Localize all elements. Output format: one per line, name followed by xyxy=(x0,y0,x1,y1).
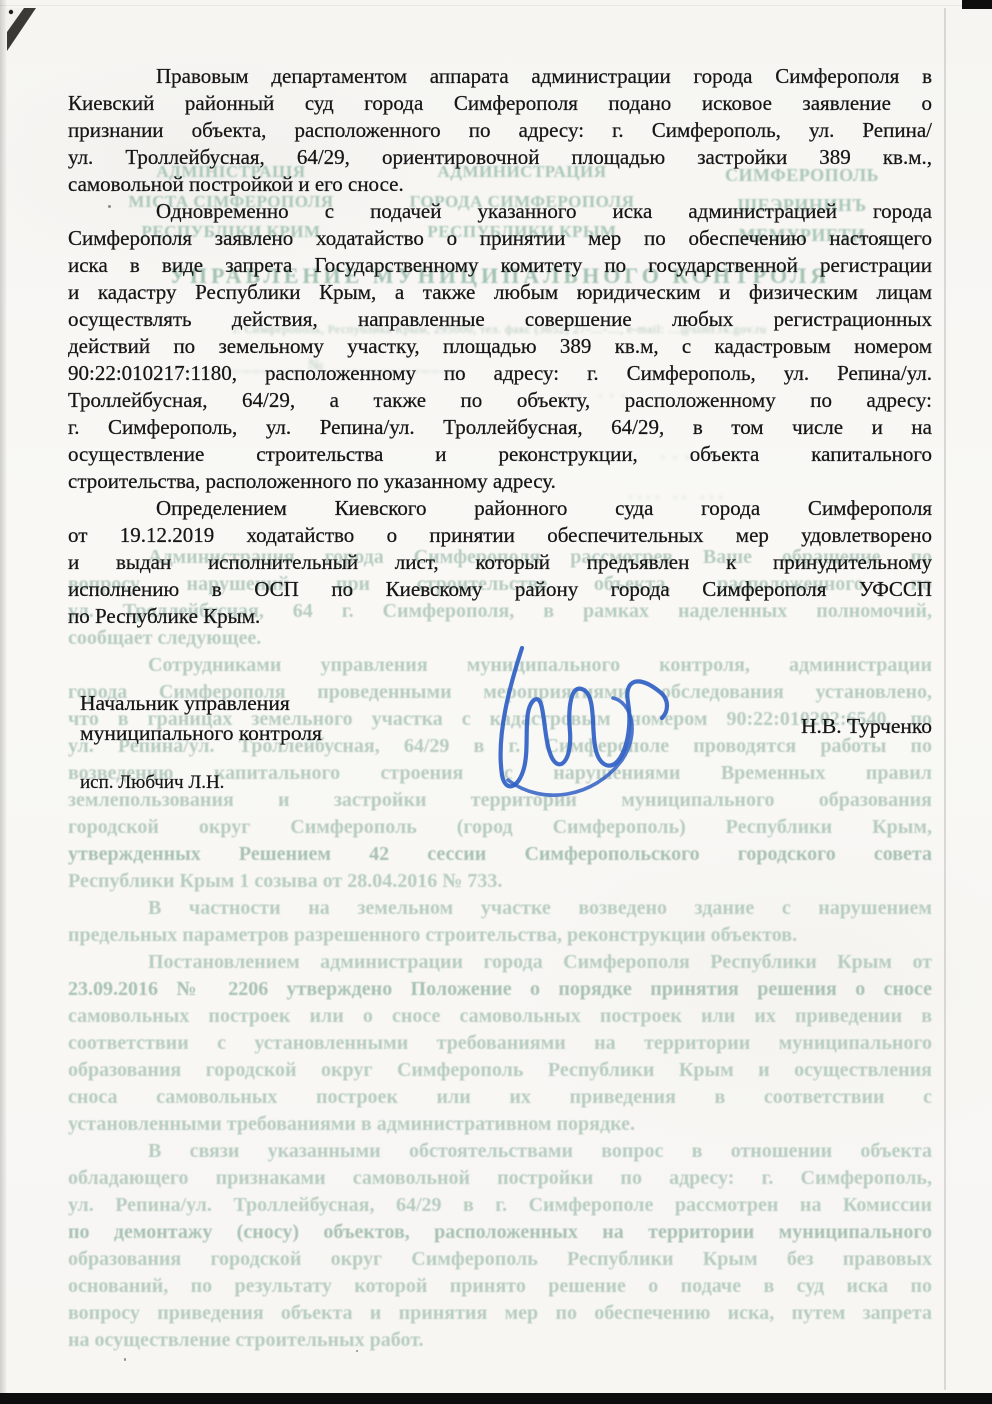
executor-note: исп. Любчич Л.Н. xyxy=(80,772,224,794)
handwritten-signature xyxy=(472,640,702,805)
text-line: В частности на земельном участке возведе… xyxy=(68,895,932,922)
folded-corner xyxy=(2,4,52,64)
signer-position-line-2: муниципального контроля xyxy=(80,718,322,748)
scan-left-edge xyxy=(0,0,7,1404)
text-line: городской округ Симферополь (город Симфе… xyxy=(68,814,932,841)
text-line: обладающего признаками самовольной постр… xyxy=(68,1165,932,1192)
paper-right-edge-line xyxy=(944,8,946,1390)
signer-position-title: Начальник управления муниципального конт… xyxy=(80,688,322,748)
signer-position-line-1: Начальник управления xyxy=(80,688,322,718)
scan-speck xyxy=(356,1350,358,1352)
text-line: исполнению в ОСП по Киевскому району гор… xyxy=(68,576,932,603)
text-line: Республики Крым 1 созыва от 28.04.2016 №… xyxy=(68,868,932,895)
text-line: от 19.12.2019 ходатайство о принятии обе… xyxy=(68,522,932,549)
text-line: по Республике Крым. xyxy=(68,603,932,630)
signer-name: Н.В. Турченко xyxy=(801,714,932,739)
text-line: образования городской округ Симферополь … xyxy=(68,1246,932,1273)
text-line: на осуществление строительных работ. xyxy=(68,1327,932,1354)
letter-body-text: Правовым департаментом аппарата админист… xyxy=(68,63,932,630)
text-line: строительства, расположенного по указанн… xyxy=(68,468,932,495)
text-line: сноса самовольных построек или их привед… xyxy=(68,1084,932,1111)
text-line: иска в виде запрета Государственному ком… xyxy=(68,252,932,279)
text-line: Симферополя заявлено ходатайство о приня… xyxy=(68,225,932,252)
text-line: признании объекта, расположенного по адр… xyxy=(68,117,932,144)
text-line: по демонтажу (сносу) объектов, расположе… xyxy=(68,1219,932,1246)
text-line: образования городской округ Симферополь … xyxy=(68,1057,932,1084)
text-line: Постановлением администрации города Симф… xyxy=(68,949,932,976)
text-line: и кадастру Республики Крым, а также любы… xyxy=(68,279,932,306)
text-line: оснований, по результату которой принято… xyxy=(68,1273,932,1300)
text-line: ул. Троллейбусная, 64/29, ориентировочно… xyxy=(68,144,932,171)
scan-top-right-edge xyxy=(962,0,992,9)
scan-bottom-edge xyxy=(0,1393,992,1404)
text-line: Определением Киевского районного суда го… xyxy=(68,495,932,522)
text-line: предельных параметров разрешенного строи… xyxy=(68,922,932,949)
text-line: осуществлять действия, направленные сове… xyxy=(68,306,932,333)
text-line: утвержденных Решением 42 сессии Симфероп… xyxy=(68,841,932,868)
text-line: самовольной постройкой и его сносе. xyxy=(68,171,932,198)
scan-speck xyxy=(124,1358,126,1361)
text-line: ул. Репина/ул. Троллейбусная, 64/29 в г.… xyxy=(68,1192,932,1219)
text-line: 23.09.2016 № 2206 утверждено Положение о… xyxy=(68,976,932,1003)
text-line: Одновременно с подачей указанного иска а… xyxy=(68,198,932,225)
text-line: самовольных построек или о сносе самовол… xyxy=(68,1003,932,1030)
text-line: вопросу приведения объекта и принятия ме… xyxy=(68,1300,932,1327)
text-line: Киевский районный суд города Симферополя… xyxy=(68,90,932,117)
scan-top-edge-line xyxy=(0,5,992,6)
text-line: г. Симферополь, ул. Репина/ул. Троллейбу… xyxy=(68,414,932,441)
scan-speck xyxy=(108,205,111,208)
text-line: Троллейбусная, 64/29, а также по объекту… xyxy=(68,387,932,414)
text-line: установленными требованиями в администра… xyxy=(68,1111,932,1138)
scanned-document-page: АДМІНІСТРАЦІЯМІСТА СІМФЕРОПОЛЯРЕСПУБЛІКИ… xyxy=(0,0,992,1404)
text-line: В связи указанными обстоятельствами вопр… xyxy=(68,1138,932,1165)
text-line: и выдан исполнительный лист, который пре… xyxy=(68,549,932,576)
text-line: Правовым департаментом аппарата админист… xyxy=(68,63,932,90)
text-line: соответствии с установленными требования… xyxy=(68,1030,932,1057)
text-line: действий по земельному участку, площадью… xyxy=(68,333,932,360)
text-line: осуществление строительства и реконструк… xyxy=(68,441,932,468)
text-line: 90:22:010217:1180, расположенному по адр… xyxy=(68,360,932,387)
